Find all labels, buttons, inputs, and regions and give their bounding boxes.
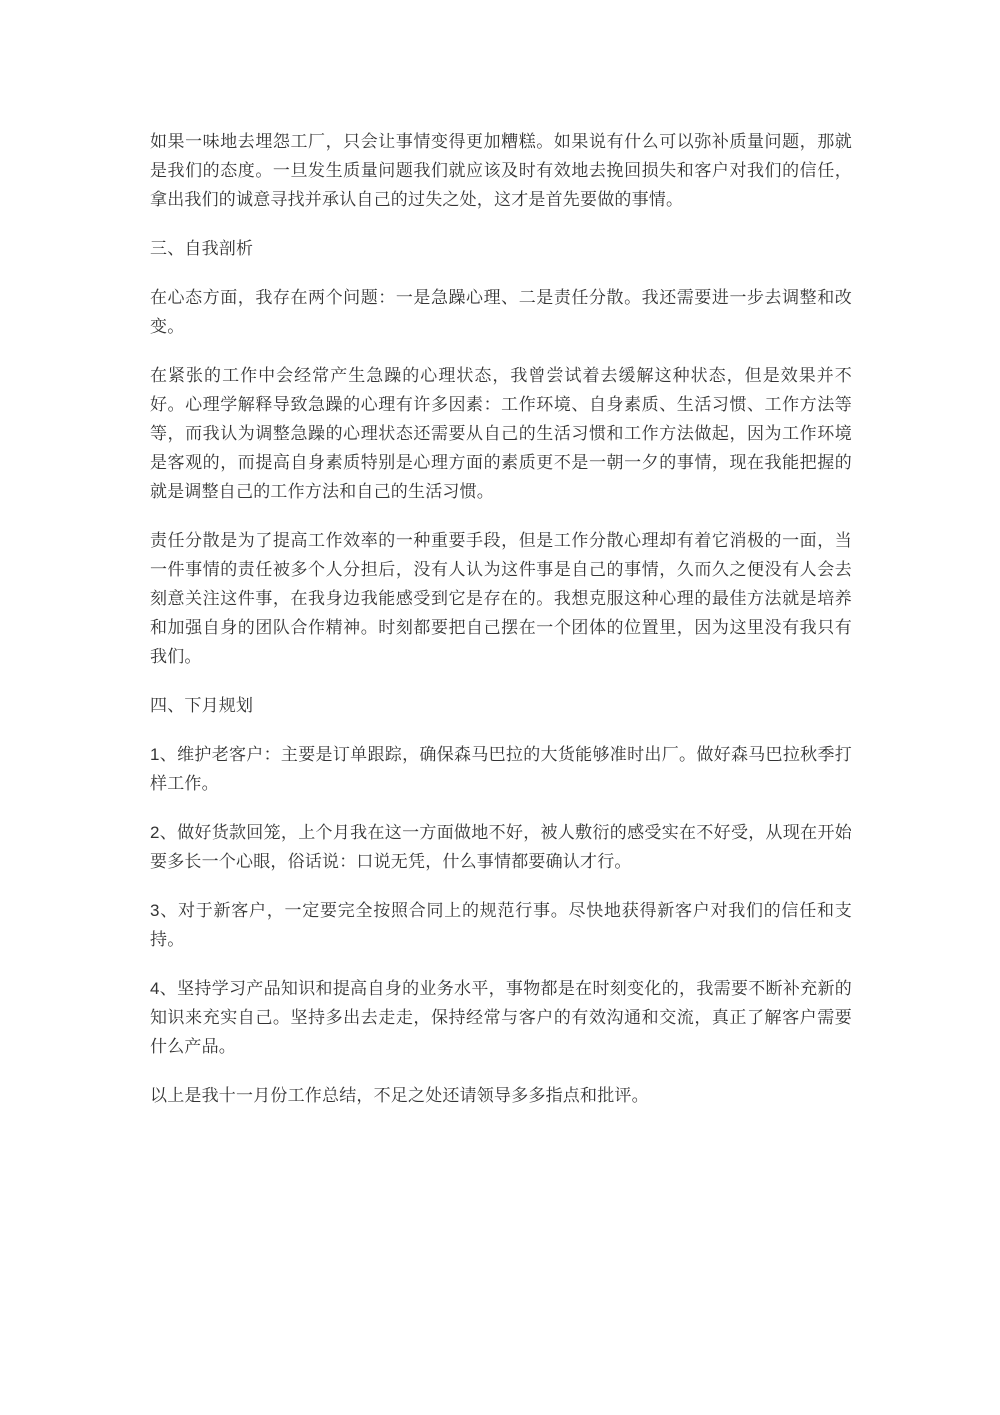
plan-item-3-new-customers: 3、对于新客户，一定要完全按照合同上的规范行事。尽快地获得新客户对我们的信任和支… [150,896,852,954]
paragraph-closing-remark: 以上是我十一月份工作总结，不足之处还请领导多多指点和批评。 [150,1081,852,1110]
paragraph-mindset-issues: 在心态方面，我存在两个问题：一是急躁心理、二是责任分散。我还需要进一步去调整和改… [150,283,852,341]
plan-item-2-payment-collection: 2、做好货款回笼，上个月我在这一方面做地不好，被人敷衍的感受实在不好受，从现在开… [150,818,852,876]
section-heading-self-analysis: 三、自我剖析 [150,234,852,263]
document-page: 如果一味地去埋怨工厂，只会让事情变得更加糟糕。如果说有什么可以弥补质量问题，那就… [0,0,1000,1415]
paragraph-responsibility-diffusion: 责任分散是为了提高工作效率的一种重要手段，但是工作分散心理却有着它消极的一面，当… [150,526,852,671]
plan-item-1-maintain-old-customers: 1、维护老客户：主要是订单跟踪，确保森马巴拉的大货能够准时出厂。做好森马巴拉秋季… [150,740,852,798]
section-heading-next-month-plan: 四、下月规划 [150,691,852,720]
plan-item-4-product-knowledge: 4、坚持学习产品知识和提高自身的业务水平，事物都是在时刻变化的，我需要不断补充新… [150,974,852,1061]
paragraph-impatience: 在紧张的工作中会经常产生急躁的心理状态，我曾尝试着去缓解这种状态，但是效果并不好… [150,361,852,506]
paragraph-quality-attitude: 如果一味地去埋怨工厂，只会让事情变得更加糟糕。如果说有什么可以弥补质量问题，那就… [150,127,852,214]
document-body: 如果一味地去埋怨工厂，只会让事情变得更加糟糕。如果说有什么可以弥补质量问题，那就… [0,0,1000,1110]
